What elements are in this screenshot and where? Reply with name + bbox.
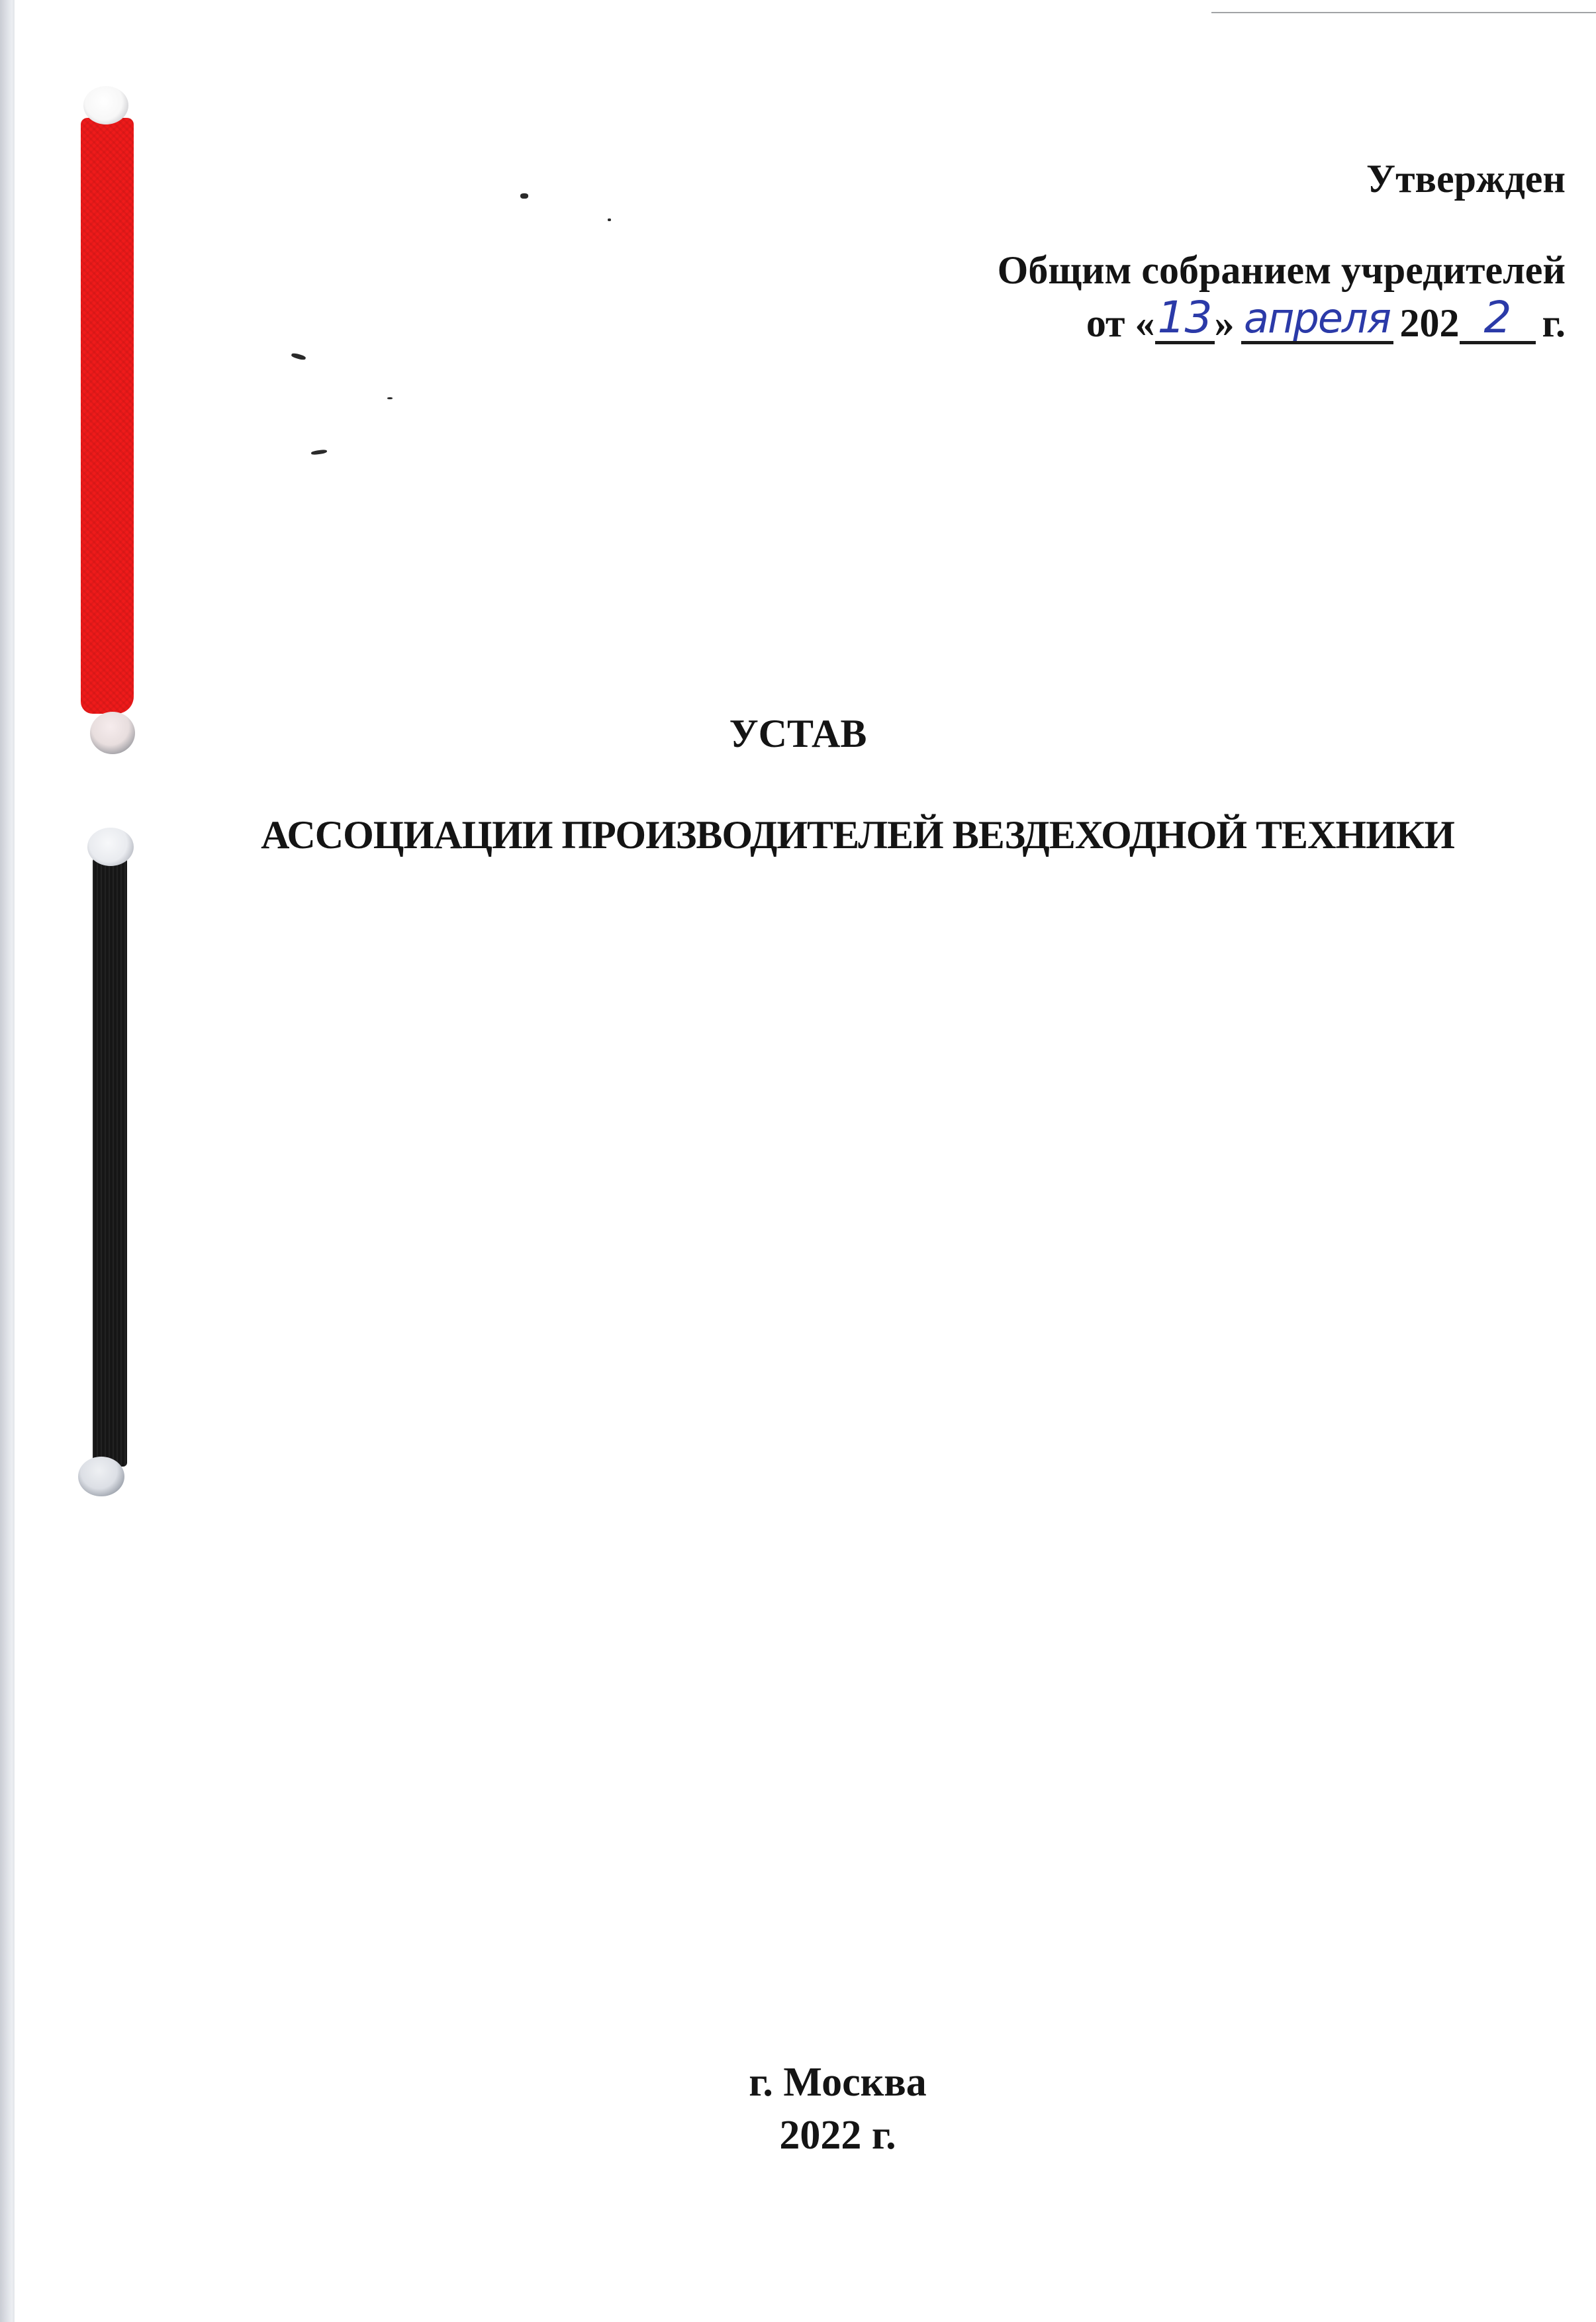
- year-suffix: г.: [1542, 301, 1566, 345]
- approval-date-line: от «13»апреля2022г.: [998, 302, 1566, 344]
- footer-city: г. Москва: [40, 2056, 1596, 2109]
- red-binding-ribbon: [81, 118, 134, 714]
- ribbon-bead-icon: [83, 86, 128, 124]
- scan-speck: [520, 193, 528, 199]
- document-title: УСТАВ: [0, 714, 1596, 753]
- date-quote-close: »: [1215, 301, 1235, 345]
- document-page: Утвержден Общим собранием учредителей от…: [0, 0, 1596, 2322]
- scan-speck: [311, 449, 328, 455]
- approved-by: Общим собранием учредителей: [998, 250, 1566, 290]
- footer-year: 2022 г.: [40, 2109, 1596, 2162]
- approval-block: Утвержден Общим собранием учредителей от…: [998, 159, 1566, 344]
- date-prefix: от «: [1086, 301, 1155, 345]
- scan-speck: [608, 218, 611, 221]
- handwritten-month: апреля: [1244, 294, 1390, 342]
- cord-bead-icon: [78, 1457, 124, 1496]
- scan-speck: [291, 352, 306, 360]
- subtitle-text: АССОЦИАЦИИ ПРОИЗВОДИТЕЛЕЙ ВЕЗДЕХОДНОЙ ТЕ…: [261, 814, 1454, 855]
- month-field: апреля: [1241, 304, 1393, 344]
- document-subtitle: АССОЦИАЦИИ ПРОИЗВОДИТЕЛЕЙ ВЕЗДЕХОДНОЙ ТЕ…: [0, 814, 1596, 855]
- binding-edge-shadow: [13, 0, 15, 2322]
- approved-label: Утвержден: [998, 159, 1566, 199]
- scan-edge-line: [1211, 12, 1596, 13]
- scan-speck: [387, 397, 393, 399]
- title-text: УСТАВ: [729, 714, 867, 753]
- document-footer: г. Москва 2022 г.: [0, 2056, 1596, 2162]
- handwritten-year-digit: 2: [1484, 292, 1511, 343]
- year-prefix: 202: [1400, 301, 1460, 345]
- black-binding-cord: [93, 857, 127, 1467]
- day-field: 13: [1155, 302, 1215, 344]
- handwritten-day: 13: [1158, 292, 1212, 343]
- year-field: 2: [1460, 302, 1536, 344]
- binding-edge: [0, 0, 13, 2322]
